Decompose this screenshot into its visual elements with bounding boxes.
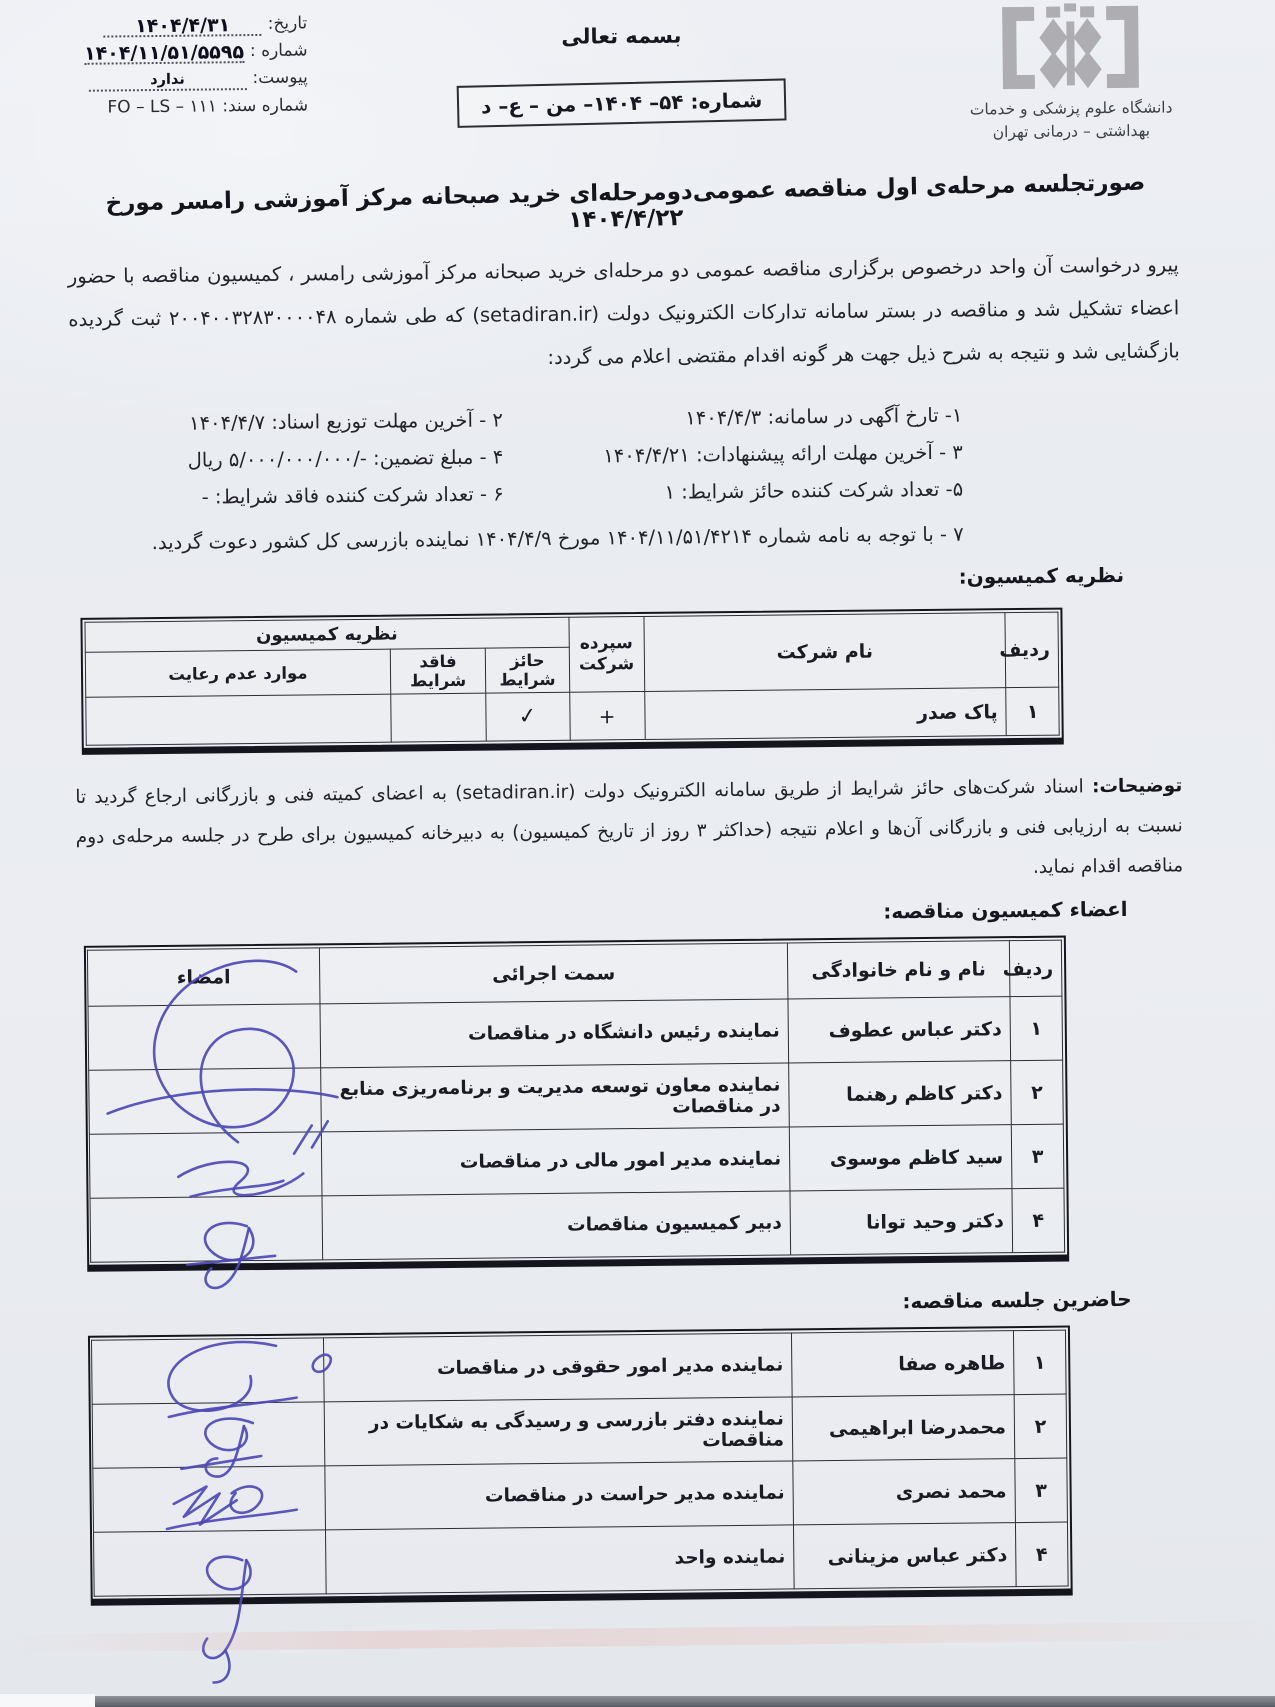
cell-member-role: نماینده معاون توسعه مدیریت و برنامه‌ریزی… [321,1063,790,1132]
cell-radif: ۲ [1011,1060,1064,1125]
attachment-row: پیوست: ندارد [18,67,308,92]
member-row: ۱ دکتر عباس عطوف نماینده رئیس دانشگاه در… [88,996,1063,1070]
date-fill: ۱۴۰۴/۴/۳۱ [104,14,262,38]
attendee-row: ۴ دکتر عباس مزینانی نماینده واحد [94,1522,1069,1596]
cell-radif: ۱ [1006,687,1059,736]
member-row: ۴ دکتر وحید توانا دبیر کمیسیون مناقصات [90,1188,1065,1262]
members-header-row: ردیف نام و نام خانوادگی سمت اجرائی امضاء [87,940,1062,1006]
notes-label: توضیحات: [1092,775,1182,797]
attachment-fill: ندارد [88,71,246,92]
details-column-right: ۱- تارخ آگهی در سامانه: ۱۴۰۴/۴/۳ ۳ - آخر… [503,397,964,513]
scan-corner-sliver [0,1694,95,1707]
cell-attendee-name: محمدرضا ابراهیمی [792,1395,1015,1461]
detail-item-7: ۷ - با توجه به نامه شماره ۱۴۰۴/۱۱/۵۱/۴۲۱… [96,517,963,562]
tender-details-list: ۱- تارخ آگهی در سامانه: ۱۴۰۴/۴/۳ ۳ - آخر… [95,397,964,562]
attendee-row: ۱ طاهره صفا نماینده مدیر امور حقوقی در م… [91,1330,1066,1404]
cell-radif: ۳ [1015,1458,1068,1523]
detail-item-6: ۶ - تعداد شرکت کننده فاقد شرایط: - [96,475,504,516]
members-table: ردیف نام و نام خانوادگی سمت اجرائی امضاء… [87,940,1065,1263]
cell-attendee-name: دکتر عباس مزینانی [793,1523,1016,1589]
cell-signature [93,1466,326,1532]
col-header-radif: ردیف [1009,940,1062,997]
cell-attendee-role: نماینده واحد [325,1525,794,1594]
date-row: تاریخ: ۱۴۰۴/۴/۳۱ [17,13,307,38]
number-label: شماره : [250,40,308,63]
date-label: تاریخ: [268,13,308,35]
letterhead-reference-block: تاریخ: ۱۴۰۴/۴/۳۱ شماره : ۱۴۰۴/۱۱/۵۱/۵۵۹۵… [17,13,308,118]
cell-unqualified [391,693,487,742]
cell-member-name: دکتر وحید توانا [790,1189,1013,1255]
col-header-radif: ردیف [1005,612,1059,688]
cell-attendee-name: طاهره صفا [791,1331,1014,1397]
attendees-section-heading: حاضرین جلسه مناقصه: [902,1287,1131,1313]
cell-signature [89,1068,322,1134]
attendee-row: ۳ محمد نصری نماینده مدیر حراست در مناقصا… [93,1458,1068,1532]
dotted-line [84,58,244,65]
cell-signature [90,1196,323,1262]
number-fill: ۱۴۰۴/۱۱/۵۱/۵۵۹۵ [84,41,244,65]
cell-signature [88,1004,321,1070]
cell-member-name: دکتر عباس عطوف [788,997,1011,1063]
opinion-section-heading: نظریه کمیسیون: [959,563,1125,589]
cell-signature [94,1530,327,1596]
cell-radif: ۴ [1015,1522,1068,1587]
doc-number: شماره سند: FO – LS – ۱۱۱ [18,95,308,118]
cell-attendee-role: نماینده مدیر حراست در مناقصات [325,1461,794,1530]
col-header-role: سمت اجرائی [319,943,788,1004]
col-header-qualified: حائز شرایط [486,647,570,693]
col-header-company: نام شرکت [644,613,1006,692]
attendees-table: ۱ طاهره صفا نماینده مدیر امور حقوقی در م… [91,1330,1069,1597]
members-section-heading: اعضاء کمیسیون مناقصه: [883,897,1127,924]
cell-signature [89,1132,322,1198]
university-logo-icon [994,1,1147,95]
opinion-table-row: ۱ پاک صدر + ✓ [86,687,1059,745]
document-title: صورتجلسه مرحله‌ی اول مناقصه عمومی‌دومرحل… [53,169,1199,244]
cell-signature [92,1402,325,1468]
scanned-document-page: تاریخ: ۱۴۰۴/۴/۳۱ شماره : ۱۴۰۴/۱۱/۵۱/۵۵۹۵… [0,0,1275,1707]
attendees-table-wrap: ۱ طاهره صفا نماینده مدیر امور حقوقی در م… [88,1326,1073,1606]
details-column-left: ۲ - آخرین مهلت توزیع اسناد: ۱۴۰۴/۴/۷ ۴ -… [95,401,504,516]
cell-member-role: نماینده رئیس دانشگاه در مناقصات [320,999,789,1068]
detail-item-3: ۳ - آخرین مهلت ارائه پیشنهادات: ۱۴۰۴/۴/۲… [503,434,963,476]
document-content: تاریخ: ۱۴۰۴/۴/۳۱ شماره : ۱۴۰۴/۱۱/۵۱/۵۵۹۵… [0,0,1275,1707]
dotted-line [89,85,247,92]
opinion-header-row-1: ردیف نام شرکت سپرده شرکت نظریه کمیسیون [85,612,1058,652]
cell-violations [86,694,391,745]
scan-streak [8,1621,1275,1652]
cell-attendee-role: نماینده مدیر امور حقوقی در مناقصات [323,1333,792,1402]
scan-bottom-edge [95,1696,1275,1707]
university-name-line1: دانشگاه علوم پزشکی و خدمات [947,96,1195,122]
details-columns: ۱- تارخ آگهی در سامانه: ۱۴۰۴/۴/۳ ۳ - آخر… [95,397,963,517]
detail-item-2: ۲ - آخرین مهلت توزیع اسناد: ۱۴۰۴/۴/۷ [95,401,503,442]
cell-member-role: نماینده مدیر امور مالی در مناقصات [321,1127,790,1196]
university-name-line2: بهداشتی – درمانی تهران [947,119,1195,145]
cell-radif: ۱ [1010,996,1063,1061]
attachment-label: پیوست: [252,67,308,90]
cell-radif: ۲ [1014,1394,1067,1459]
detail-item-1: ۱- تارخ آگهی در سامانه: ۱۴۰۴/۴/۳ [503,397,963,439]
member-row: ۳ سید کاظم موسوی نماینده مدیر امور مالی … [89,1124,1064,1198]
opinion-table: ردیف نام شرکت سپرده شرکت نظریه کمیسیون ح… [84,612,1059,746]
col-header-signature: امضاء [87,948,320,1006]
cell-qualified-checkmark: ✓ [517,703,538,730]
letterhead-center: بسمه تعالی شماره: ۵۴‏– ‏۱۴۰۴‏– من – ع– د [411,22,832,126]
cell-radif: ۴ [1012,1188,1065,1253]
cell-radif: ۳ [1011,1124,1064,1189]
reference-number-box: شماره: ۵۴‏– ‏۱۴۰۴‏– من – ع– د [457,78,787,127]
dotted-line [104,31,262,38]
intro-paragraph: پیرو درخواست آن واحد درخصوص برگزاری مناق… [68,244,1180,384]
member-row: ۲ دکتر کاظم رهنما نماینده معاون توسعه مد… [89,1060,1064,1134]
letterhead-university: دانشگاه علوم پزشکی و خدمات بهداشتی – درم… [946,0,1195,145]
attendee-row: ۲ محمدرضا ابراهیمی نماینده دفتر بازرسی و… [92,1394,1067,1468]
col-header-unqualified: فاقد شرایط [390,648,486,694]
cell-member-role: دبیر کمیسیون مناقصات [322,1191,791,1260]
members-table-wrap: ردیف نام و نام خانوادگی سمت اجرائی امضاء… [84,936,1069,1272]
cell-deposit-mark: + [599,704,616,728]
number-row: شماره : ۱۴۰۴/۱۱/۵۱/۵۵۹۵ [17,40,307,65]
cell-radif: ۱ [1013,1330,1066,1395]
cell-member-name: دکتر کاظم رهنما [789,1061,1012,1127]
detail-item-4: ۴ - مبلغ تضمین: -/۵/۰۰۰/۰۰۰/۰۰۰ ریال [96,438,504,479]
notes-text: اسناد شرکت‌های حائز شرایط از طریق سامانه… [75,776,1183,877]
notes-paragraph: توضیحات: اسناد شرکت‌های حائز شرایط از طر… [75,766,1183,897]
cell-member-name: سید کاظم موسوی [789,1125,1012,1191]
col-header-violations: موارد عدم رعایت [85,649,390,697]
opinion-table-wrap: ردیف نام شرکت سپرده شرکت نظریه کمیسیون ح… [80,608,1063,755]
cell-company-name: پاک صدر [644,688,1006,740]
detail-item-5: ۵- تعداد شرکت کننده حائز شرایط: ۱ [503,471,963,513]
col-header-name: نام و نام خانوادگی [787,941,1010,999]
cell-signature [91,1338,324,1404]
cell-attendee-role: نماینده دفتر بازرسی و رسیدگی به شکایات د… [324,1397,793,1466]
col-header-deposit: سپرده شرکت [568,616,644,692]
cell-attendee-name: محمد نصری [793,1459,1016,1525]
